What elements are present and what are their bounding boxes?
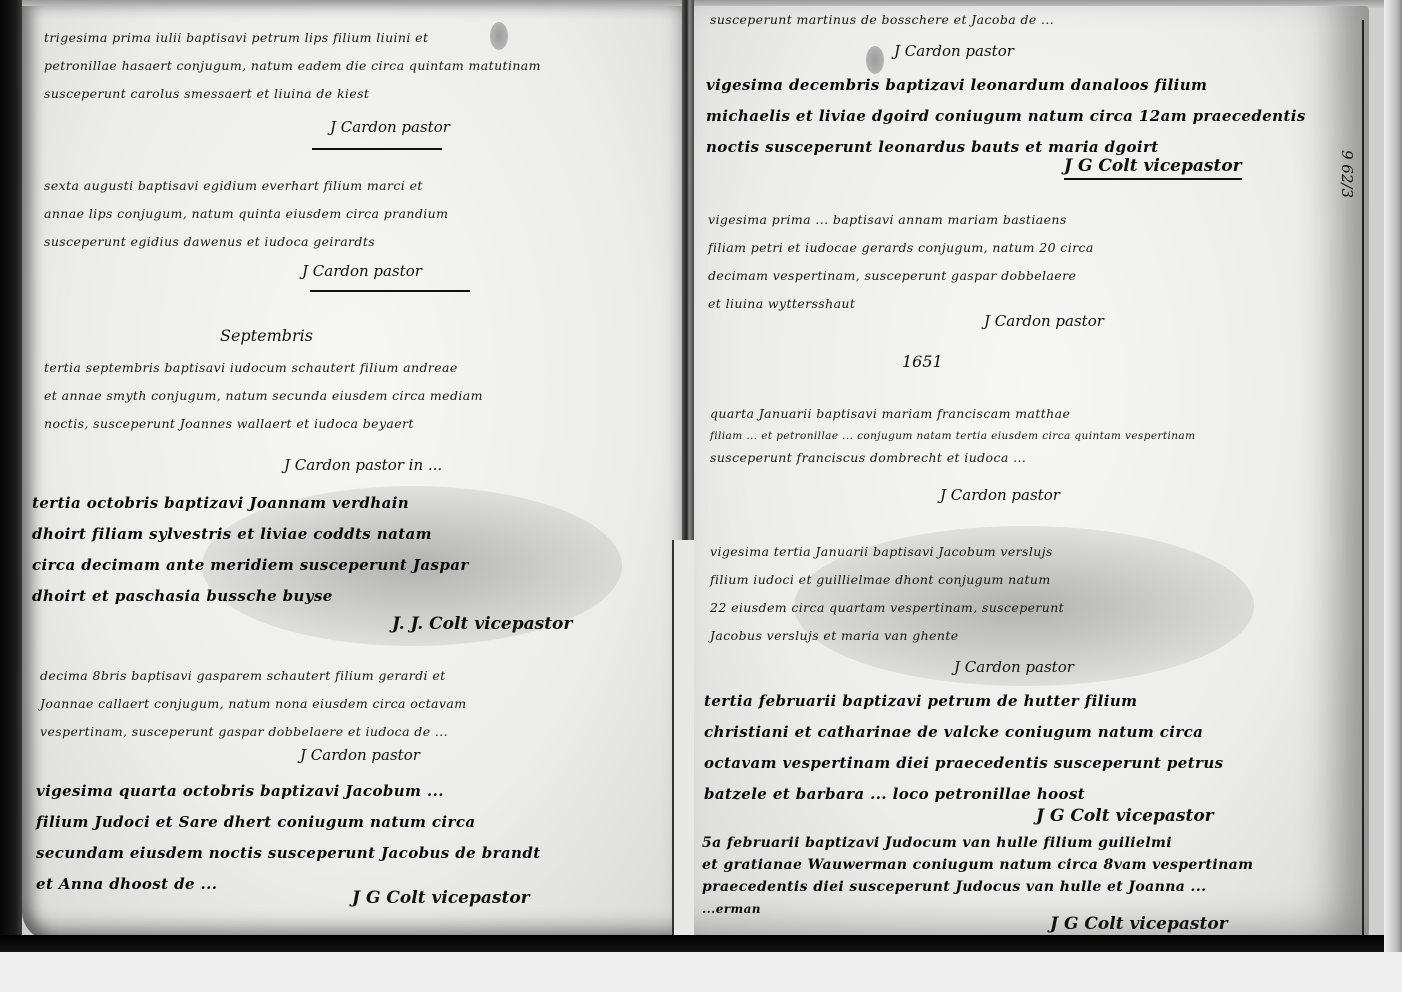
entry-line: filiam ... et petronillae ... conjugum n… (710, 428, 1195, 444)
entry-line: susceperunt egidius dawenus et iudoca ge… (44, 228, 448, 256)
book-left-shadow (0, 0, 22, 960)
baptism-entry: tertia februarii baptizavi petrum de hut… (704, 686, 1224, 810)
scan-right-edge (1384, 0, 1402, 992)
entry-line: petronillae hasaert conjugum, natum eade… (44, 52, 541, 80)
entry-line: 22 eiusdem circa quartam vespertinam, su… (710, 594, 1064, 622)
baptism-entry: 5a februarii baptizavi Judocum van hulle… (702, 832, 1253, 920)
signature: J Cardon pastor (330, 118, 450, 136)
signature: J Cardon pastor (984, 312, 1104, 330)
entry-line: decima 8bris baptisavi gasparem schauter… (40, 662, 466, 690)
signature: J G Colt vicepastor (1036, 806, 1214, 826)
entry-line: noctis, susceperunt Joannes wallaert et … (44, 410, 483, 438)
signature: J. J. Colt vicepastor (392, 614, 572, 634)
left-page: trigesima prima iulii baptisavi petrum l… (22, 6, 682, 941)
signature: J Cardon pastor (954, 658, 1074, 676)
scan-bottom-background (0, 952, 1402, 992)
baptism-entry: vigesima prima ... baptisavi annam maria… (708, 206, 1094, 318)
baptism-entry: tertia octobris baptizavi Joannam verdha… (32, 488, 469, 612)
entry-line: tertia septembris baptisavi iudocum scha… (44, 354, 483, 382)
signature: J Cardon pastor (894, 42, 1014, 60)
scanned-register-spread: trigesima prima iulii baptisavi petrum l… (0, 0, 1402, 992)
baptism-entry: vigesima quarta octobris baptizavi Jacob… (36, 776, 541, 900)
entry-line: sexta augusti baptisavi egidium everhart… (44, 172, 448, 200)
entry-line: michaelis et liviae dgoird coniugum natu… (706, 101, 1306, 132)
baptism-entry: quarta Januarii baptisavi mariam francis… (710, 400, 1195, 472)
divider-rule (310, 290, 470, 292)
entry-line: dhoirt et paschasia bussche buyse (32, 581, 469, 612)
entry-line: 5a februarii baptizavi Judocum van hulle… (702, 832, 1253, 854)
signature: J Cardon pastor (940, 486, 1060, 504)
entry-line: trigesima prima iulii baptisavi petrum l… (44, 24, 541, 52)
baptism-entry: susceperunt martinus de bosschere et Jac… (710, 6, 1054, 34)
entry-line: vigesima quarta octobris baptizavi Jacob… (36, 776, 541, 807)
entry-line: susceperunt carolus smessaert et liuina … (44, 80, 541, 108)
baptism-entry: sexta augusti baptisavi egidium everhart… (44, 172, 448, 256)
divider-rule (312, 148, 442, 150)
entry-line: praecedentis diei susceperunt Judocus va… (702, 876, 1253, 898)
entry-line: secundam eiusdem noctis susceperunt Jaco… (36, 838, 541, 869)
entry-line: octavam vespertinam diei praecedentis su… (704, 748, 1224, 779)
margin-rule (1362, 20, 1364, 950)
baptism-entry: tertia septembris baptisavi iudocum scha… (44, 354, 483, 438)
entry-line: tertia februarii baptizavi petrum de hut… (704, 686, 1224, 717)
entry-line: susceperunt franciscus dombrecht et iudo… (710, 444, 1195, 472)
signature: J Cardon pastor (300, 746, 420, 764)
entry-line: filium iudoci et guillielmae dhont conju… (710, 566, 1064, 594)
year-heading: 1651 (902, 352, 943, 371)
entry-line: circa decimam ante meridiem susceperunt … (32, 550, 469, 581)
entry-line: vespertinam, susceperunt gaspar dobbelae… (40, 718, 466, 746)
folio-number-note: 9 62/3 (1338, 150, 1356, 198)
baptism-entry: decima 8bris baptisavi gasparem schauter… (40, 662, 466, 746)
entry-line: Jacobus verslujs et maria van ghente (710, 622, 1064, 650)
entry-line: susceperunt martinus de bosschere et Jac… (710, 6, 1054, 34)
signature: J Cardon pastor (302, 262, 422, 280)
entry-line: vigesima tertia Januarii baptisavi Jacob… (710, 538, 1064, 566)
signature: J G Colt vicepastor (1064, 156, 1242, 180)
entry-line: filium Judoci et Sare dhert coniugum nat… (36, 807, 541, 838)
entry-line: tertia octobris baptizavi Joannam verdha… (32, 488, 469, 519)
right-page: susceperunt martinus de bosschere et Jac… (694, 6, 1369, 954)
entry-line: Joannae callaert conjugum, natum nona ei… (40, 690, 466, 718)
signature: J G Colt vicepastor (1050, 914, 1228, 934)
month-heading: Septembris (220, 326, 313, 345)
entry-line: dhoirt filiam sylvestris et liviae coddt… (32, 519, 469, 550)
baptism-entry: vigesima tertia Januarii baptisavi Jacob… (710, 538, 1064, 650)
entry-line: annae lips conjugum, natum quinta eiusde… (44, 200, 448, 228)
entry-line: vigesima prima ... baptisavi annam maria… (708, 206, 1094, 234)
entry-line: et gratianae Wauwerman coniugum natum ci… (702, 854, 1253, 876)
baptism-entry: vigesima decembris baptizavi leonardum d… (706, 70, 1306, 163)
signature: J Cardon pastor in ... (284, 456, 442, 474)
entry-line: quarta Januarii baptisavi mariam francis… (710, 400, 1195, 428)
entry-line: christiani et catharinae de valcke coniu… (704, 717, 1224, 748)
entry-line: vigesima decembris baptizavi leonardum d… (706, 70, 1306, 101)
entry-line: decimam vespertinam, susceperunt gaspar … (708, 262, 1094, 290)
signature: J G Colt vicepastor (352, 888, 530, 908)
entry-line: et annae smyth conjugum, natum secunda e… (44, 382, 483, 410)
baptism-entry: trigesima prima iulii baptisavi petrum l… (44, 24, 541, 108)
entry-line: filiam petri et iudocae gerards conjugum… (708, 234, 1094, 262)
